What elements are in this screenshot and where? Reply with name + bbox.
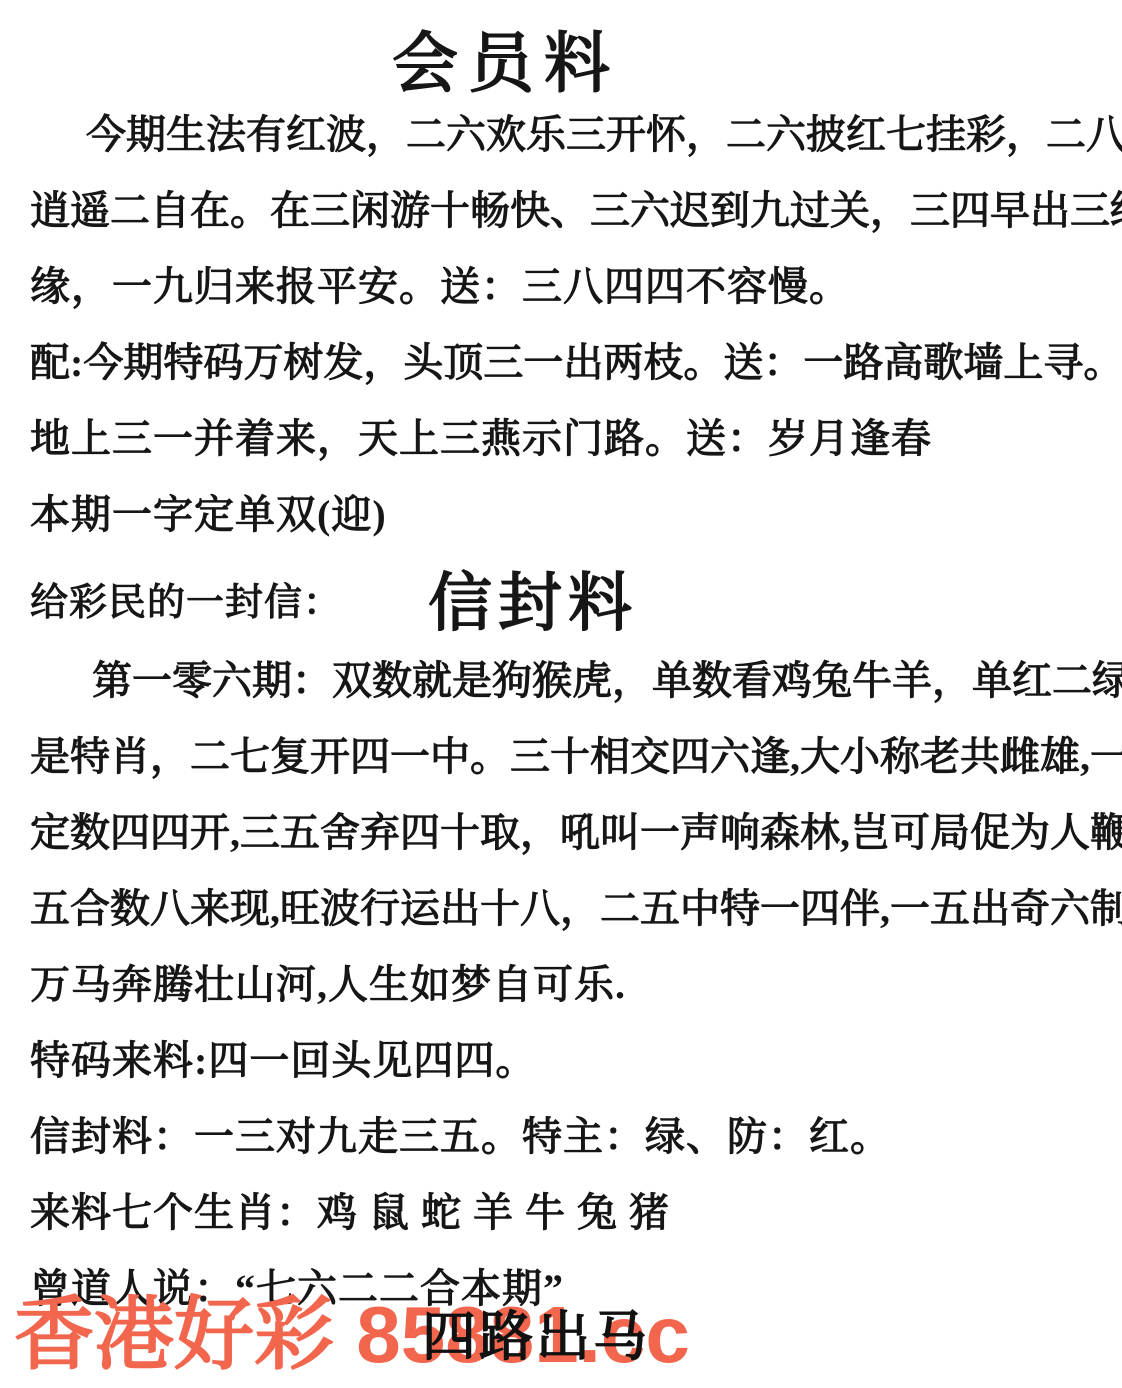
text-line: 定数四四开,三五舍弃四十取，吼叫一声响森林,岂可局促为人鞭,四 xyxy=(30,795,1082,871)
text-line: 第一零六期：双数就是狗猴虎，单数看鸡兔牛羊，单红二绿 xyxy=(30,643,1082,719)
text-line: 特码来料:四一回头见四四。 xyxy=(30,1023,1082,1099)
sheet-body: 今期生法有红波，二六欢乐三开怀，二六披红七挂彩，二八 逍遥二自在。在三闲游十畅快… xyxy=(30,97,1082,1327)
member-section-title: 会员料 xyxy=(0,0,1067,105)
lottery-tip-sheet: 会员料 今期生法有红波，二六欢乐三开怀，二六披红七挂彩，二八 逍遥二自在。在三闲… xyxy=(0,0,1122,1388)
letter-intro-label: 给彩民的一封信： xyxy=(30,571,342,626)
text-line: 缘，一九归来报平安。送：三八四四不容慢。 xyxy=(30,249,1082,325)
letter-intro-row: 给彩民的一封信： 信封料 xyxy=(30,553,1082,643)
text-line: 五合数八来现,旺波行运出十八，二五中特一四伴,一五出奇六制胜, xyxy=(30,871,1082,947)
text-line: 地上三一并着来，天上三燕示门路。送：岁月逢春 xyxy=(30,401,1082,477)
text-line: 本期一字定单双(迎) xyxy=(30,477,1082,553)
text-line: 万马奔腾壮山河,人生如梦自可乐. xyxy=(30,947,1082,1023)
text-line: 曾道人说：“七六二二合本期” xyxy=(30,1251,1082,1327)
text-line: 今期生法有红波，二六欢乐三开怀，二六披红七挂彩，二八 xyxy=(30,97,1082,173)
text-line: 配:今期特码万树发，头顶三一出两枝。送：一路高歌墙上寻。 xyxy=(30,325,1082,401)
text-line: 来料七个生肖：鸡 鼠 蛇 羊 牛 兔 猪 xyxy=(30,1175,1082,1251)
text-line: 信封料：一三对九走三五。特主：绿、防：红。 xyxy=(30,1099,1082,1175)
envelope-section-title: 信封料 xyxy=(428,552,638,644)
text-line: 是特肖，二七复开四一中。三十相交四六逢,大小称老共雌雄,一一 xyxy=(30,719,1082,795)
text-line: 逍遥二自在。在三闲游十畅快、三六迟到九过关，三四早出三结 xyxy=(30,173,1082,249)
